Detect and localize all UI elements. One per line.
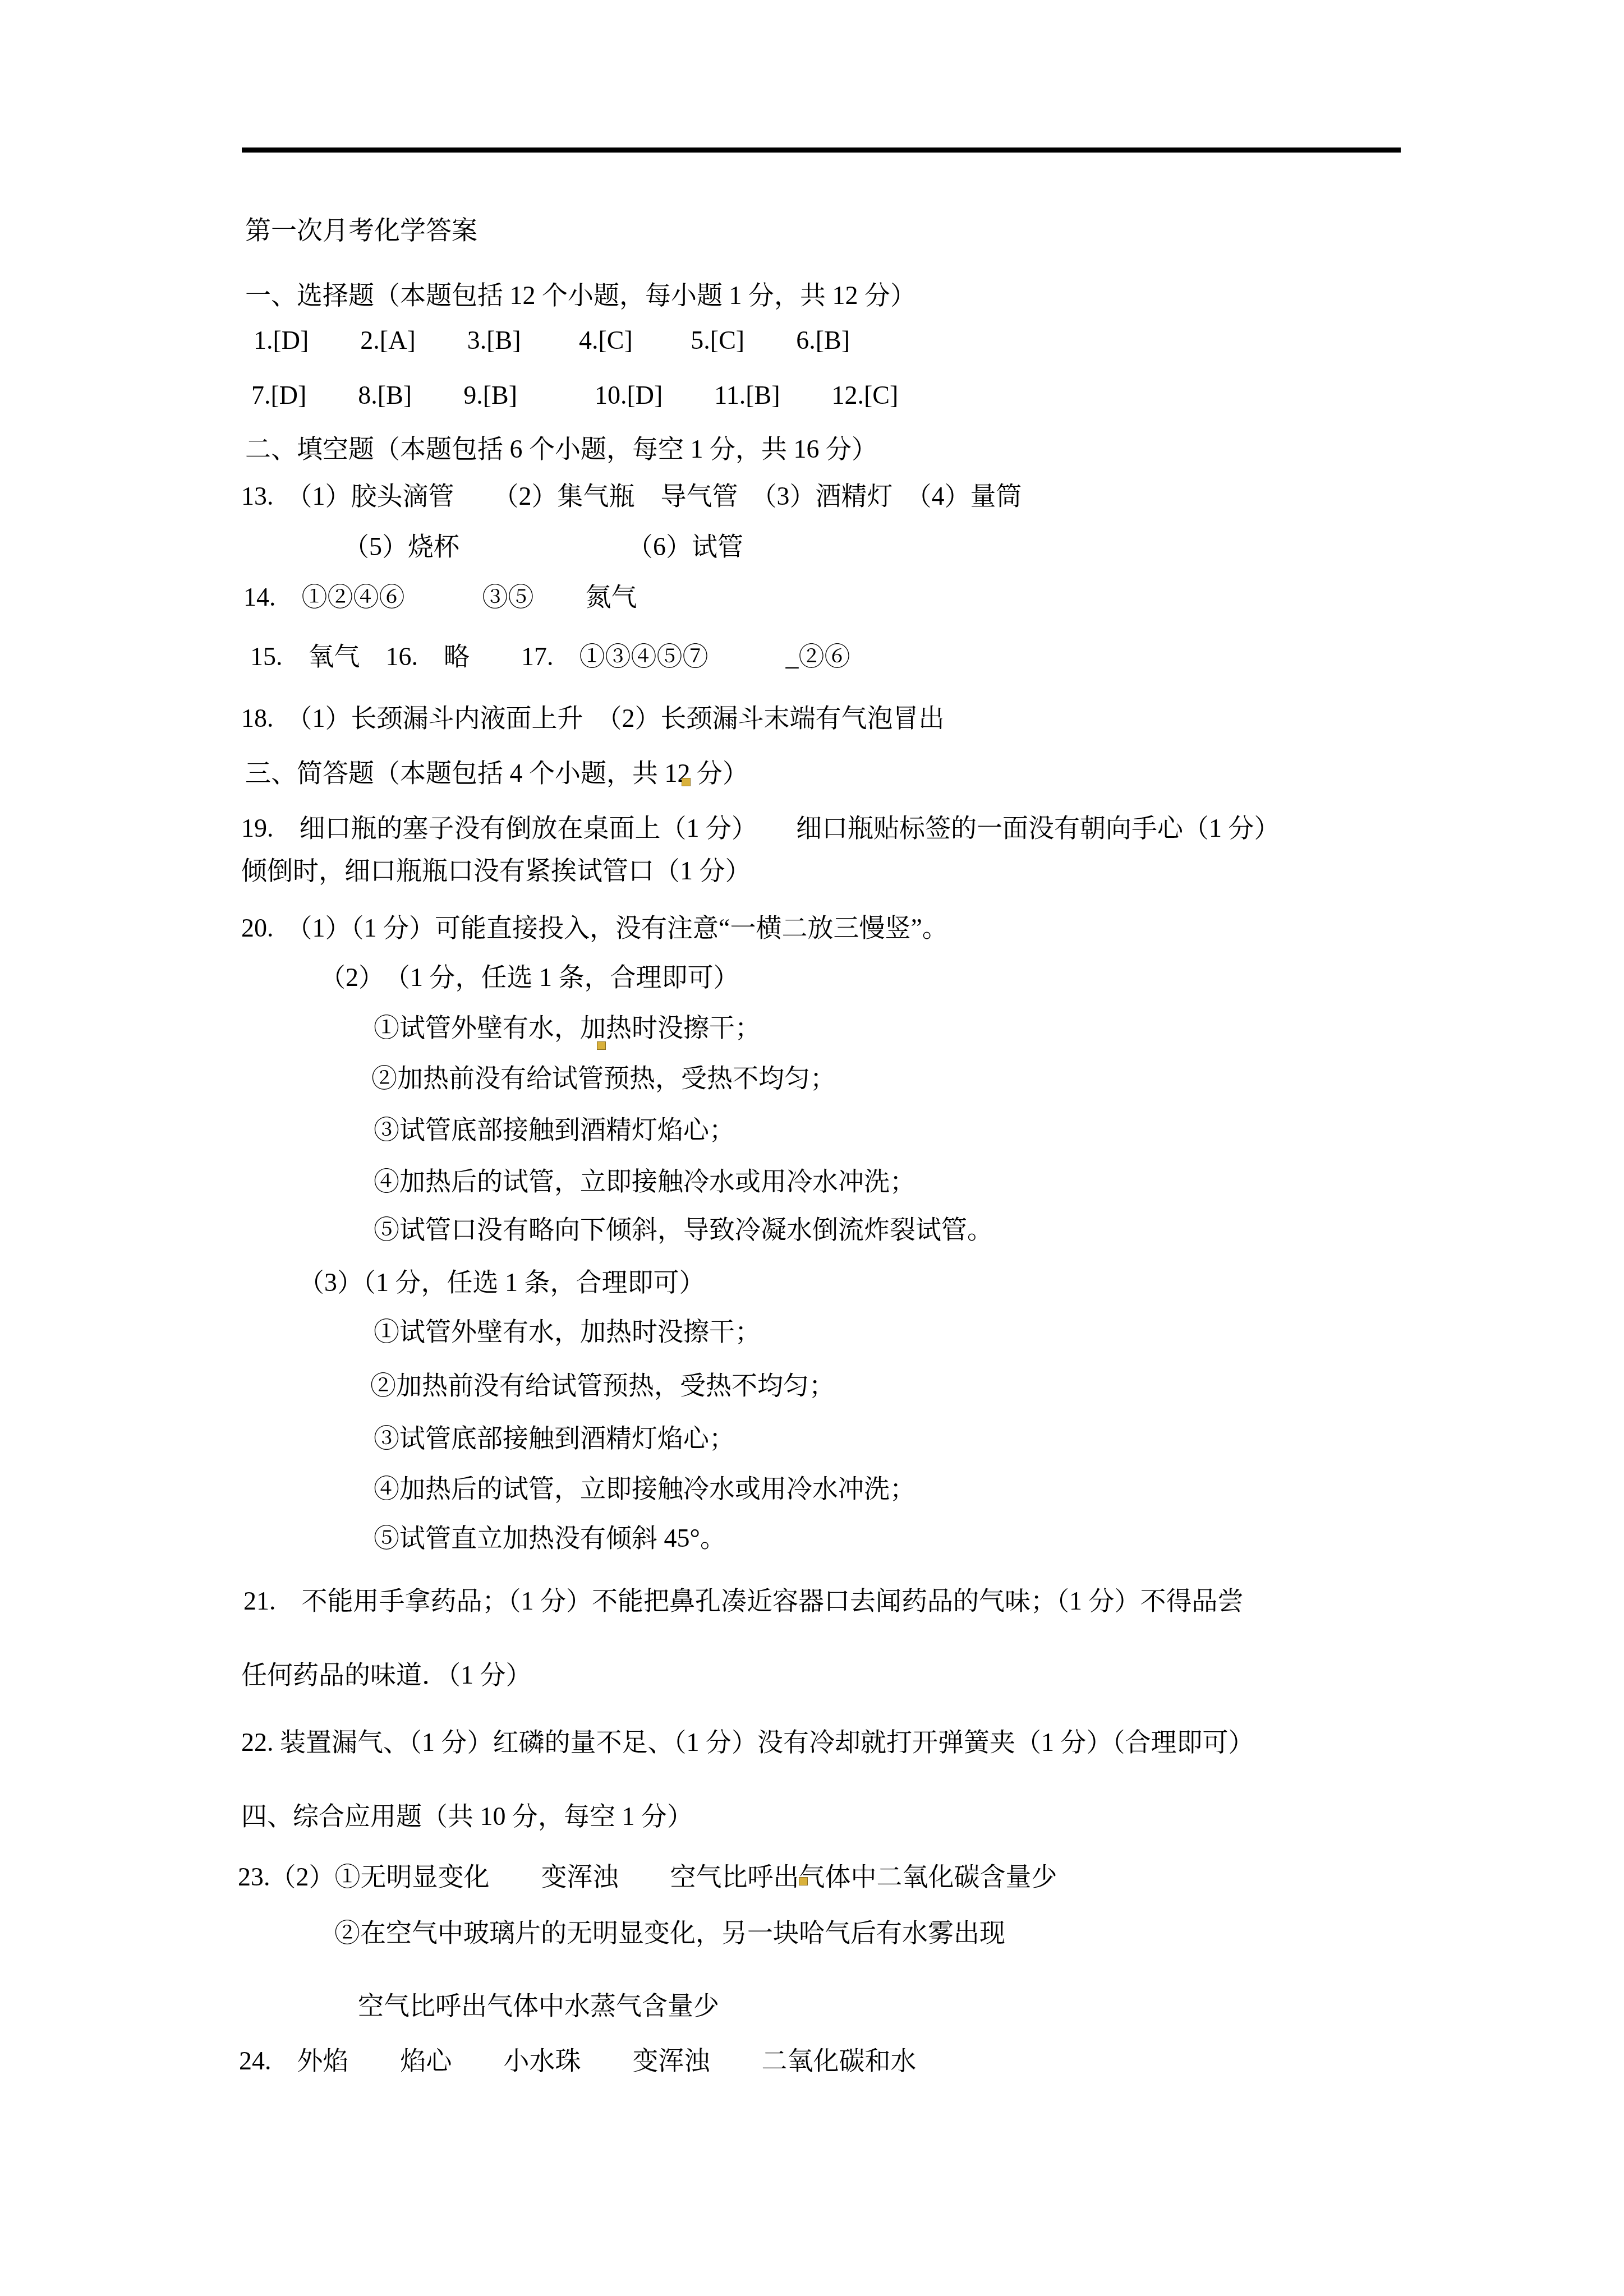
answer-20-part-1: 20. （1）（1 分）可能直接投入，没有注意“一横二放三慢竖”。 (241, 912, 948, 944)
section-4-header: 四、综合应用题（共 10 分，每空 1 分） (241, 1800, 693, 1833)
answer-20-part-2-item-4: ④加热后的试管，立即接触冷水或用冷水冲洗； (374, 1165, 915, 1198)
answer-23-line-1: 23.（2）①无明显变化 变浑浊 空气比呼出气体中二氧化碳含量少 (238, 1861, 1057, 1893)
section-3-header: 三、简答题（本题包括 4 个小题，共 12 分） (245, 757, 748, 790)
document-title: 第一次月考化学答案 (245, 214, 477, 247)
answer-20-part-3-header: （3）（1 分，任选 1 条，合理即可） (298, 1266, 705, 1299)
answer-20-part-2-item-2: ②加热前没有给试管预热，受热不均匀； (371, 1062, 836, 1095)
answer-20-part-2-header: （2） （1 分，任选 1 条，合理即可） (320, 961, 739, 994)
answer-21-line-2: 任何药品的味道．（1 分） (241, 1659, 532, 1691)
answer-13-line-2: （5）烧杯 （6）试管 (343, 531, 743, 563)
top-horizontal-rule (242, 147, 1401, 153)
answer-18: 18. （1）长颈漏斗内液面上升 （2）长颈漏斗末端有气泡冒出 (241, 702, 945, 735)
answer-20-part-3-item-2: ②加热前没有给试管预热，受热不均匀； (370, 1370, 835, 1402)
answer-20-part-3-item-5: ⑤试管直立加热没有倾斜 45°。 (374, 1522, 726, 1555)
scan-artifact (597, 1042, 605, 1049)
scan-artifact (682, 778, 690, 786)
section-1-header: 一、选择题（本题包括 12 个小题，每小题 1 分，共 12 分） (245, 279, 916, 312)
answer-23-line-2: ②在空气中玻璃片的无明显变化，另一块哈气后有水雾出现 (334, 1917, 1005, 1949)
document-page: 第一次月考化学答案 一、选择题（本题包括 12 个小题，每小题 1 分，共 12… (0, 0, 1624, 2296)
answer-24: 24. 外焰 焰心 小水珠 变浑浊 二氧化碳和水 (239, 2045, 917, 2077)
choice-answers-row-2: 7.[D] 8.[B] 9.[B] 10.[D] 11.[B] 12.[C] (251, 379, 898, 412)
scan-artifact (799, 1878, 807, 1885)
answer-15-16-17: 15. 氧气 16. 略 17. ①③④⑤⑦ _②⑥ (250, 640, 850, 673)
answer-20-part-2-item-3: ③试管底部接触到酒精灯焰心； (374, 1114, 735, 1146)
section-2-header: 二、填空题（本题包括 6 个小题，每空 1 分，共 16 分） (245, 433, 877, 465)
choice-answers-row-1: 1.[D] 2.[A] 3.[B] 4.[C] 5.[C] 6.[B] (254, 324, 850, 357)
answer-19-line-2: 倾倒时，细口瓶瓶口没有紧挨试管口（1 分） (241, 855, 751, 887)
answer-20-part-3-item-1: ①试管外壁有水，加热时没擦干； (374, 1316, 761, 1348)
answer-13-line-1: 13. （1）胶头滴管 （2）集气瓶 导气管 （3）酒精灯 （4）量筒 (241, 480, 1022, 513)
answer-22: 22. 装置漏气、（1 分）红磷的量不足、（1 分）没有冷却就打开弹簧夹（1 分… (241, 1726, 1254, 1759)
answer-20-part-3-item-4: ④加热后的试管，立即接触冷水或用冷水冲洗； (374, 1473, 915, 1505)
answer-20-part-2-item-1: ①试管外壁有水，加热时没擦干； (374, 1012, 761, 1044)
answer-14: 14. ①②④⑥ ③⑤ 氮气 (243, 581, 637, 614)
answer-23-line-3: 空气比呼出气体中水蒸气含量少 (358, 1990, 719, 2022)
answer-20-part-2-item-5: ⑤试管口没有略向下倾斜，导致冷凝水倒流炸裂试管。 (374, 1214, 993, 1246)
answer-20-part-3-item-3: ③试管底部接触到酒精灯焰心； (374, 1422, 735, 1455)
answer-21-line-1: 21. 不能用手拿药品；（1 分）不能把鼻孔凑近容器口去闻药品的气味；（1 分）… (243, 1585, 1244, 1617)
answer-19-line-1: 19. 细口瓶的塞子没有倒放在桌面上（1 分） 细口瓶贴标签的一面没有朝向手心（… (241, 812, 1280, 845)
